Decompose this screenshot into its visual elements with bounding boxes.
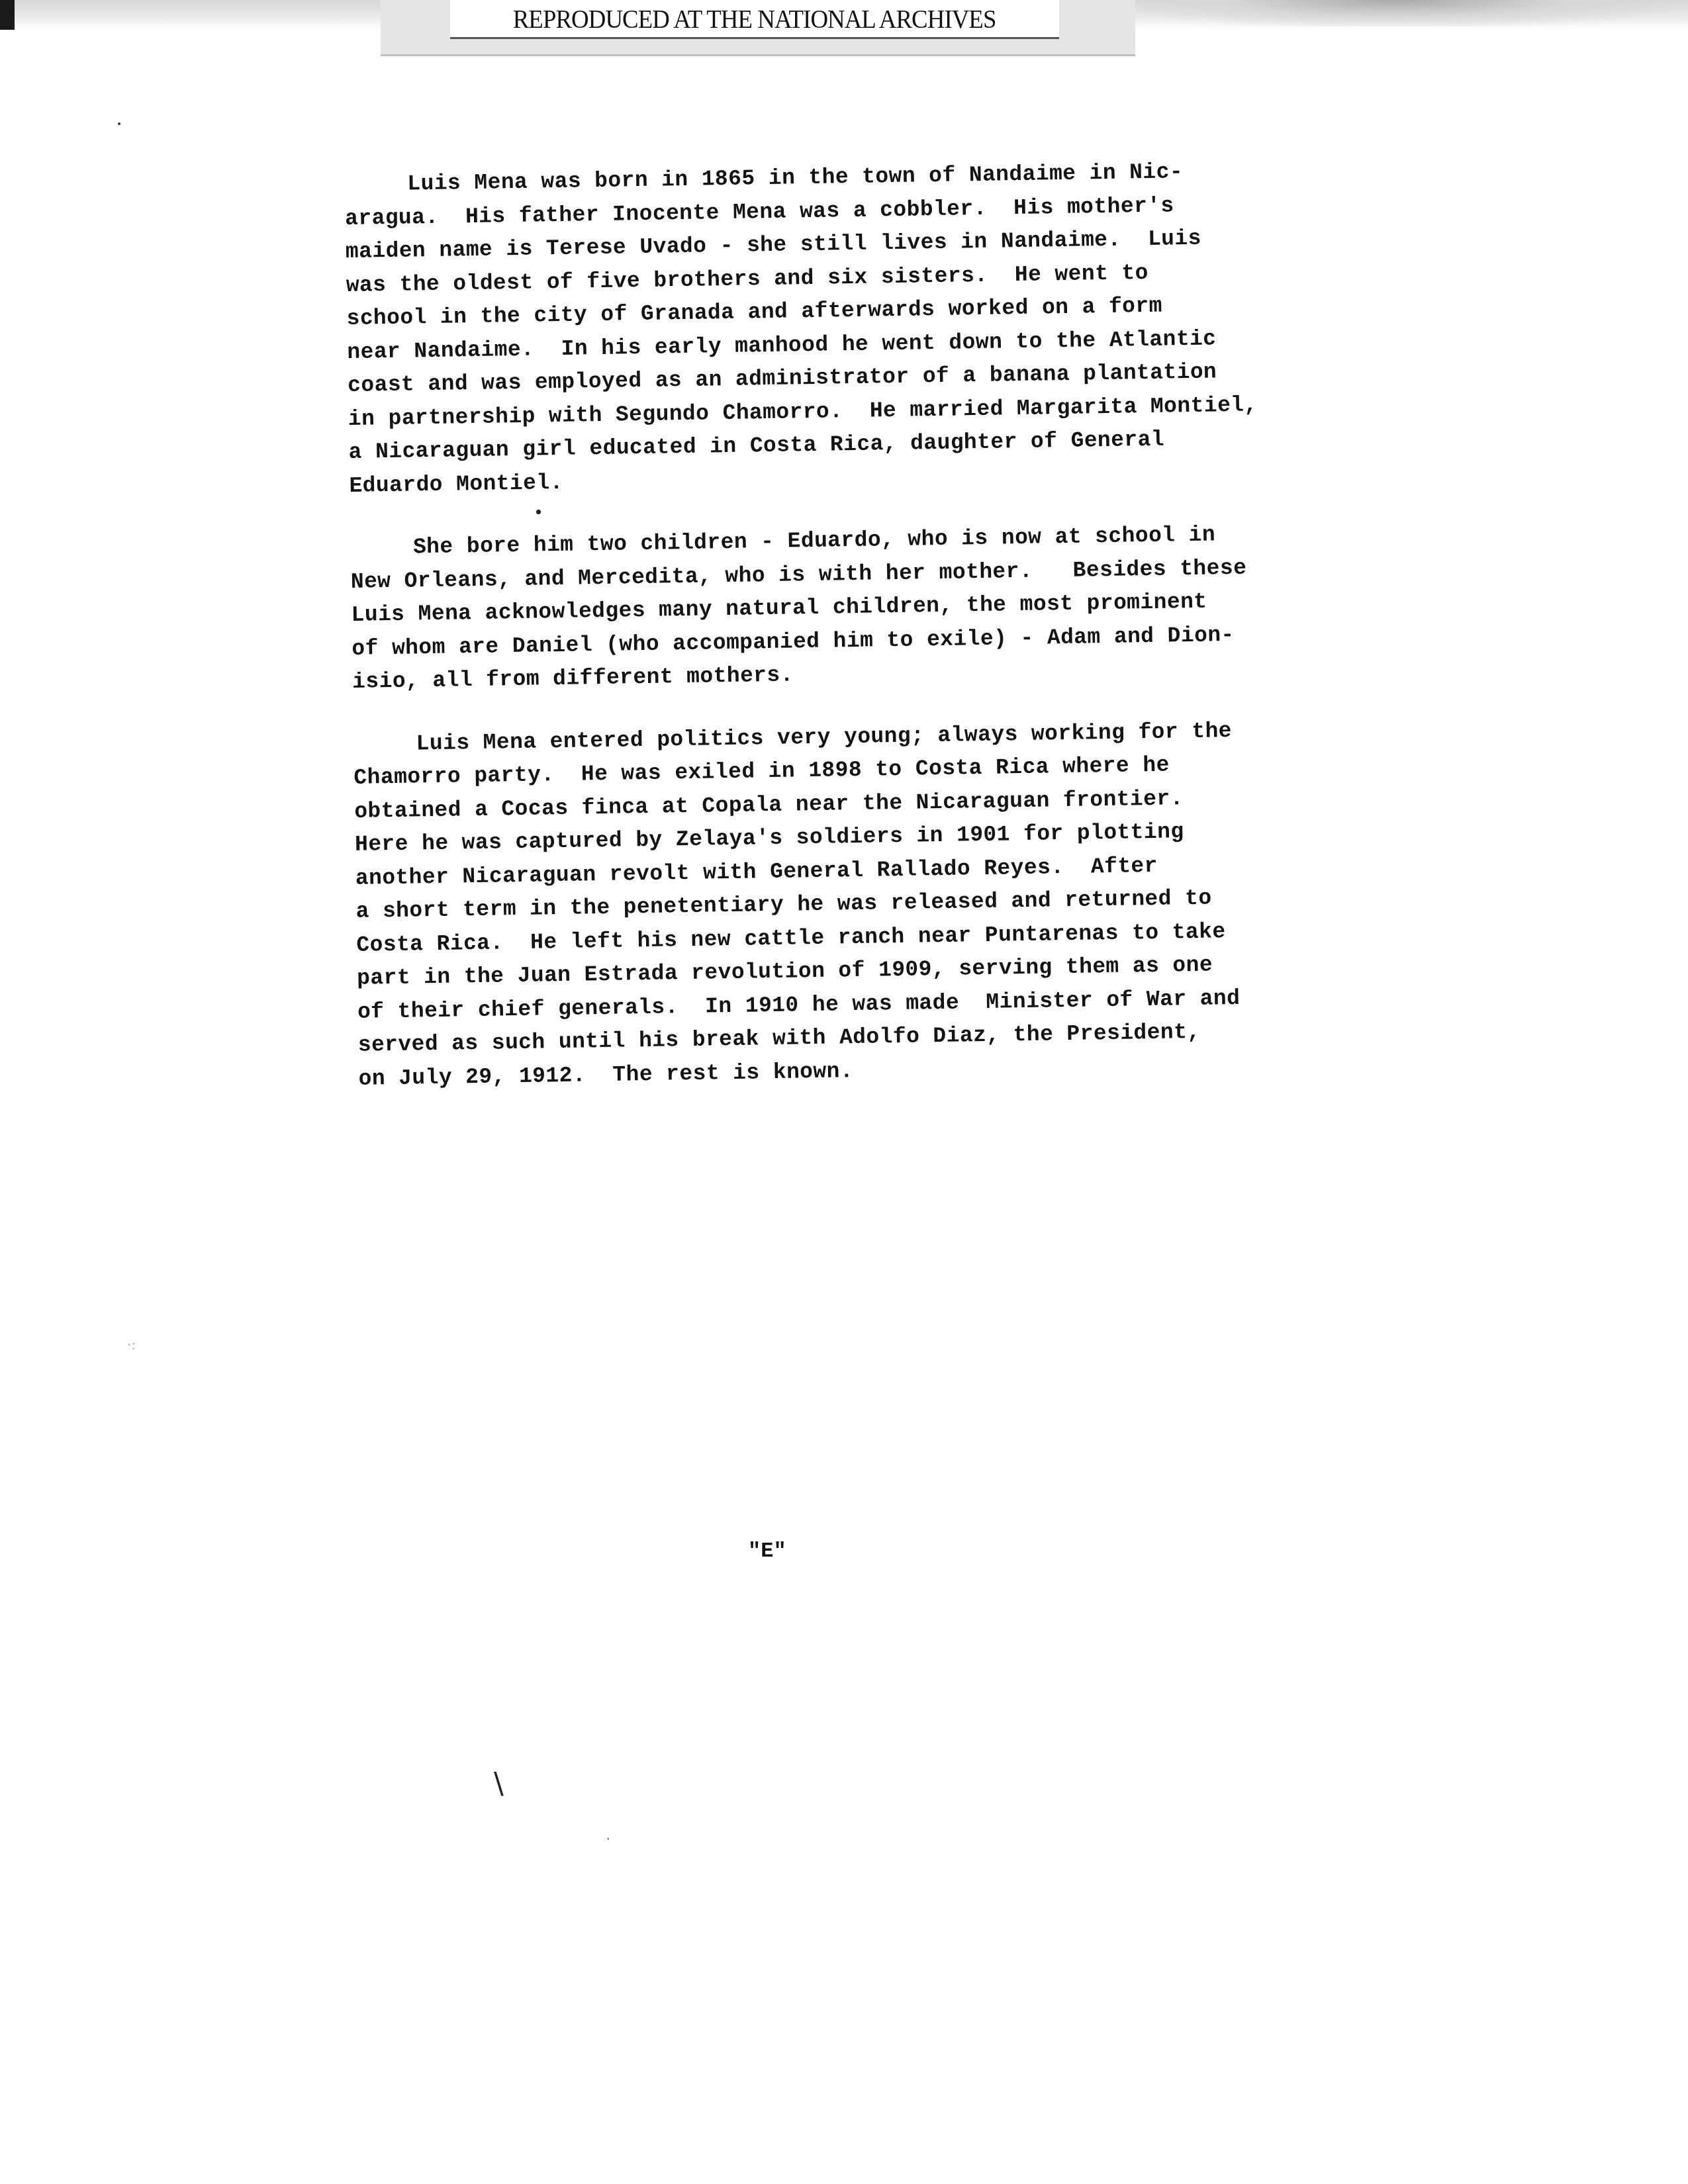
paragraph-biography-politics: Luis Mena entered politics very young; a… — [353, 710, 1497, 1095]
page-marker: "E" — [748, 1539, 786, 1563]
margin-dot — [118, 122, 120, 125]
archive-stamp-text: REPRODUCED AT THE NATIONAL ARCHIVES — [513, 3, 996, 34]
scan-left-edge — [0, 0, 15, 30]
archive-stamp: REPRODUCED AT THE NATIONAL ARCHIVES — [450, 0, 1059, 39]
smudge-mark: · — [606, 1830, 611, 1848]
paragraph-biography-children: She bore him two children - Eduardo, who… — [350, 514, 1491, 699]
pencil-mark: \ — [494, 1767, 504, 1801]
stray-ink-dot — [536, 510, 541, 514]
document-body: Luis Mena was born in 1865 in the town o… — [344, 151, 1497, 1125]
scan-shadow-right — [1125, 0, 1668, 26]
side-smudge-mark: ·: — [127, 1337, 136, 1353]
paragraph-biography-birth: Luis Mena was born in 1865 in the town o… — [344, 151, 1488, 503]
